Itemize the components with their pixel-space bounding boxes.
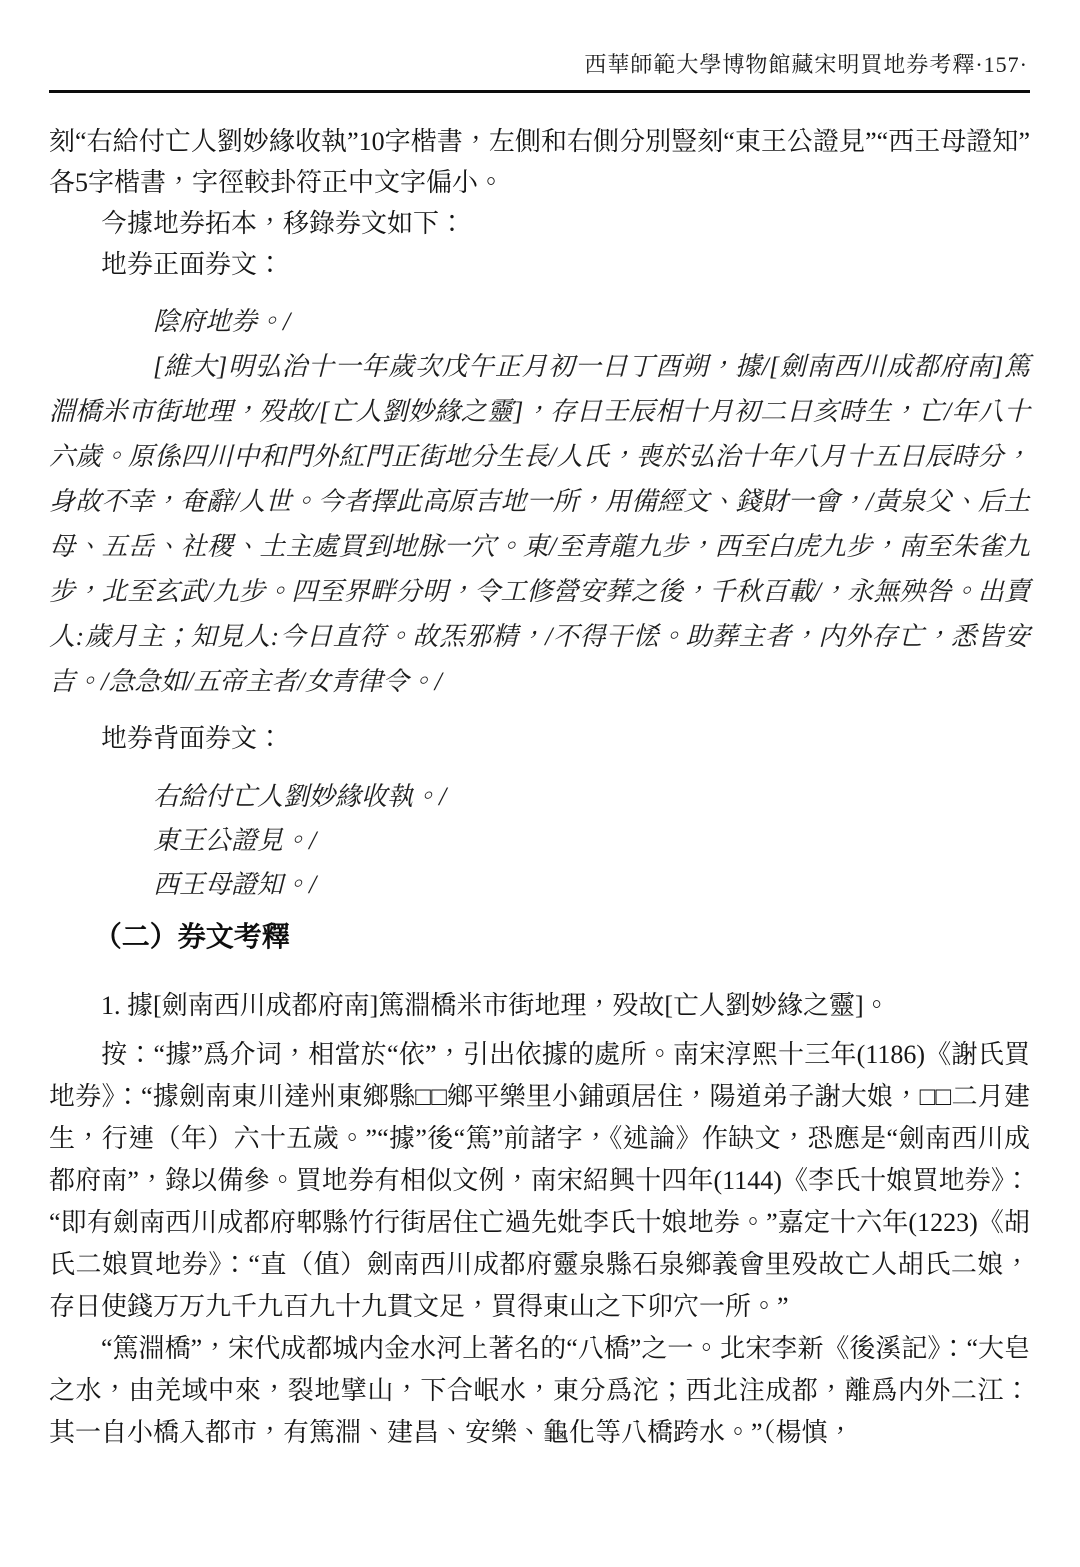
back-inscription-label: 地券背面券文： <box>49 718 1030 759</box>
commentary-item-1: 1. 據[劍南西川成都府南]篤淵橋米市街地理，殁故[亡人劉妙緣之靈]。 <box>49 985 1030 1026</box>
commentary-paragraph-duyuanqiao: “篤淵橋”，宋代成都城内金水河上著名的“八橋”之一。北宋李新《後溪記》：“大皂之… <box>49 1328 1030 1454</box>
paragraph-transcription-note: 今據地券拓本，移錄券文如下： <box>49 203 1030 244</box>
commentary-paragraph-an: 按：“據”爲介词，相當於“依”，引出依據的處所。南宋淳熙十三年(1186)《謝氏… <box>49 1034 1030 1328</box>
back-inscription-line: 西王母證知。/ <box>49 863 1030 907</box>
back-inscription-line: 東王公證見。/ <box>49 819 1030 863</box>
paragraph-continuation: 刻“右給付亡人劉妙緣收執”10字楷書，左側和右側分別豎刻“東王公證見”“西王母證… <box>49 121 1030 203</box>
front-inscription-opening: 陰府地券。/ <box>49 299 1030 344</box>
page-body: 刻“右給付亡人劉妙緣收執”10字楷書，左側和右側分別豎刻“東王公證見”“西王母證… <box>49 121 1030 1454</box>
page-header: 西華師範大學博物館藏宋明買地券考釋·157· <box>49 52 1030 93</box>
front-inscription-block: 陰府地券。/ [維大]明弘治十一年歲次戊午正月初一日丁酉朔，據/[劍南西川成都府… <box>49 299 1030 704</box>
back-inscription-block: 右給付亡人劉妙緣收執。/ 東王公證見。/ 西王母證知。/ <box>49 775 1030 907</box>
section-heading: （二）券文考釋 <box>49 917 1030 957</box>
header-rule <box>49 90 1030 93</box>
document-page: 西華師範大學博物館藏宋明買地券考釋·157· 刻“右給付亡人劉妙緣收執”10字楷… <box>0 0 1080 1567</box>
front-inscription-label: 地券正面券文： <box>49 244 1030 285</box>
back-inscription-line: 右給付亡人劉妙緣收執。/ <box>49 775 1030 819</box>
front-inscription-text: [維大]明弘治十一年歲次戊午正月初一日丁酉朔，據/[劍南西川成都府南]篤淵橋米市… <box>49 344 1030 704</box>
running-title: 西華師範大學博物館藏宋明買地券考釋·157· <box>49 52 1030 78</box>
